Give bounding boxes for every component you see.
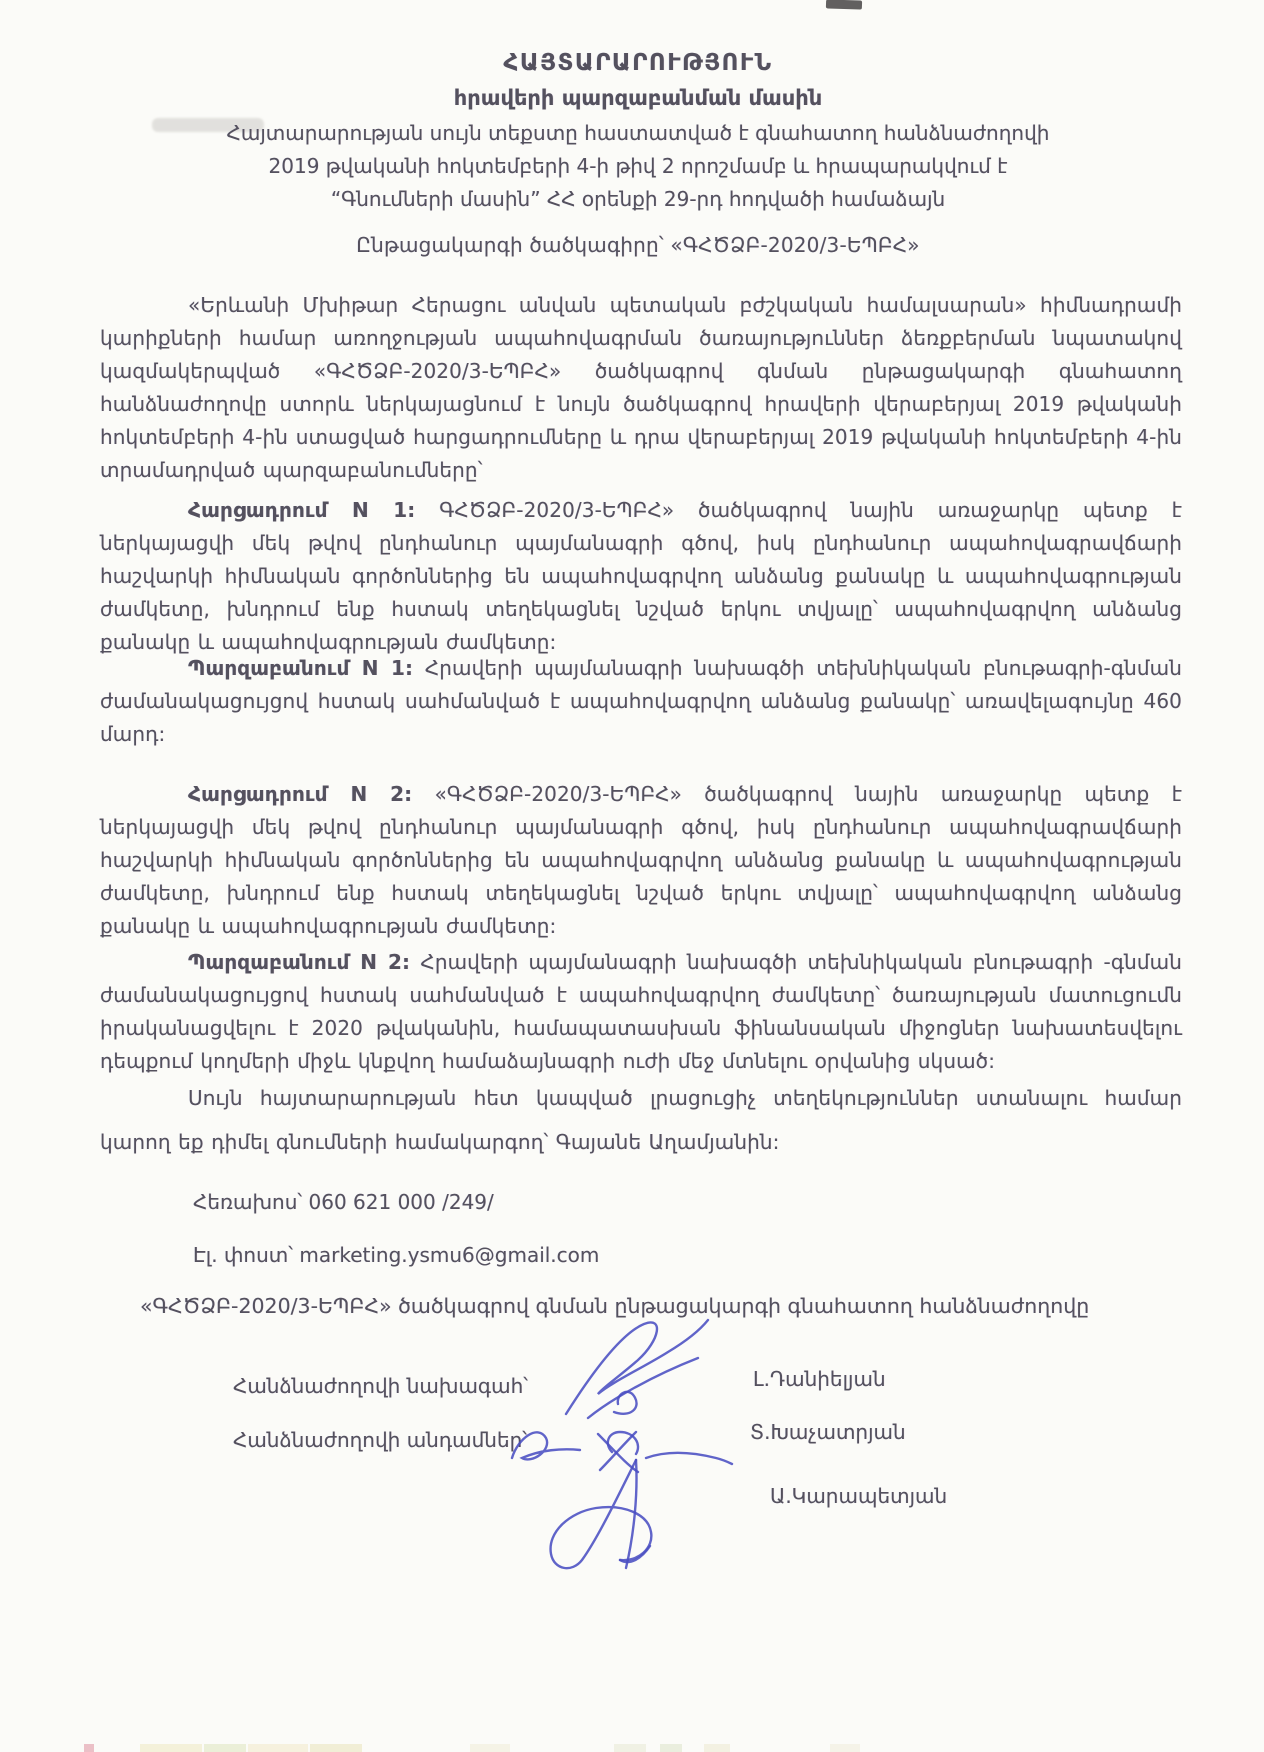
signature-members-label: Հանձնաժողովի անդամներ՝ [233, 1428, 527, 1452]
scanner-edge-artifact [470, 1744, 510, 1752]
signature-member2-name: Ա.Կարապետյան [770, 1484, 947, 1508]
scanner-edge-artifact [84, 1744, 94, 1752]
signature-block: Հանձնաժողովի նախագահ՝ Լ.Դանիելյան Հանձնա… [0, 1312, 1264, 1612]
clarification-1-label: Պարզաբանում N 1: [188, 656, 413, 680]
phone-value: 060 621 000 /249/ [309, 1190, 494, 1214]
scanner-edge-artifact [614, 1744, 646, 1752]
scanner-edge-artifact [660, 1744, 682, 1752]
signature-chairman-name: Լ.Դանիելյան [753, 1367, 886, 1391]
handwritten-signature-member2 [536, 1452, 696, 1582]
question-1-label: Հարցադրում N 1: [188, 498, 415, 522]
procedure-code-line: Ընթացակարգի ծածկագիրը՝ «ԳՀԾՁԲ-2020/3-ԵՊԲ… [96, 233, 1180, 257]
question-1-paragraph: Հարցադրում N 1: ԳՀԾՁԲ-2020/3-ԵՊԲՀ» ծածկա… [100, 494, 1182, 659]
signature-chairman-label: Հանձնաժողովի նախագահ՝ [233, 1374, 528, 1398]
email-label: Էլ. փոստ՝ [193, 1243, 293, 1267]
question-2-paragraph: Հարցադրում N 2: «ԳՀԾՁԲ-2020/3-ԵՊԲՀ» ծածկ… [100, 778, 1182, 943]
approval-line-1: Հայտարարության սույն տեքստը հաստատված է … [96, 121, 1180, 145]
document-subtitle: հրավերի պարզաբանման մասին [96, 86, 1180, 110]
scanner-edge-artifact [204, 1744, 246, 1752]
approval-line-2: 2019 թվականի հոկտեմբերի 4-ի թիվ 2 որոշմա… [96, 154, 1180, 178]
scanner-edge-artifact [704, 1744, 730, 1752]
clarification-2-label: Պարզաբանում N 2: [188, 950, 410, 974]
clarification-2-paragraph: Պարզաբանում N 2: Հրավերի պայմանագրի նախա… [100, 946, 1182, 1078]
clarification-1-paragraph: Պարզաբանում N 1: Հրավերի պայմանագրի նախա… [100, 652, 1182, 751]
scanned-document-page: ՀԱՅՏԱՐԱՐՈՒԹՅՈՒՆ հրավերի պարզաբանման մասի… [0, 0, 1264, 1752]
scan-smudge-top [826, 0, 862, 10]
approval-line-3: “Գնումների մասին” ՀՀ օրենքի 29-րդ հոդված… [96, 187, 1180, 211]
scanner-edge-artifact [830, 1744, 860, 1752]
document-title: ՀԱՅՏԱՐԱՐՈՒԹՅՈՒՆ [96, 50, 1180, 76]
signature-member1-name: Տ.Խաչատրյան [750, 1420, 906, 1444]
contact-note-text: Սույն հայտարարության հետ կապված լրացուցի… [100, 1086, 1182, 1154]
scanner-edge-artifact [140, 1744, 202, 1752]
scanner-edge-artifact [248, 1744, 308, 1752]
phone-label: Հեռախոս՝ [193, 1190, 302, 1214]
phone-line: Հեռախոս՝ 060 621 000 /249/ [193, 1190, 494, 1214]
email-value: marketing.ysmu6@gmail.com [299, 1243, 599, 1267]
email-line: Էլ. փոստ՝ marketing.ysmu6@gmail.com [193, 1243, 599, 1267]
question-2-label: Հարցադրում N 2: [188, 782, 412, 806]
scanner-edge-artifact [310, 1744, 362, 1752]
contact-note-paragraph: Սույն հայտարարության հետ կապված լրացուցի… [100, 1076, 1182, 1164]
intro-text: «Երևանի Մխիթար Հերացու անվան պետական բժշ… [100, 293, 1182, 482]
intro-paragraph: «Երևանի Մխիթար Հերացու անվան պետական բժշ… [100, 289, 1182, 487]
